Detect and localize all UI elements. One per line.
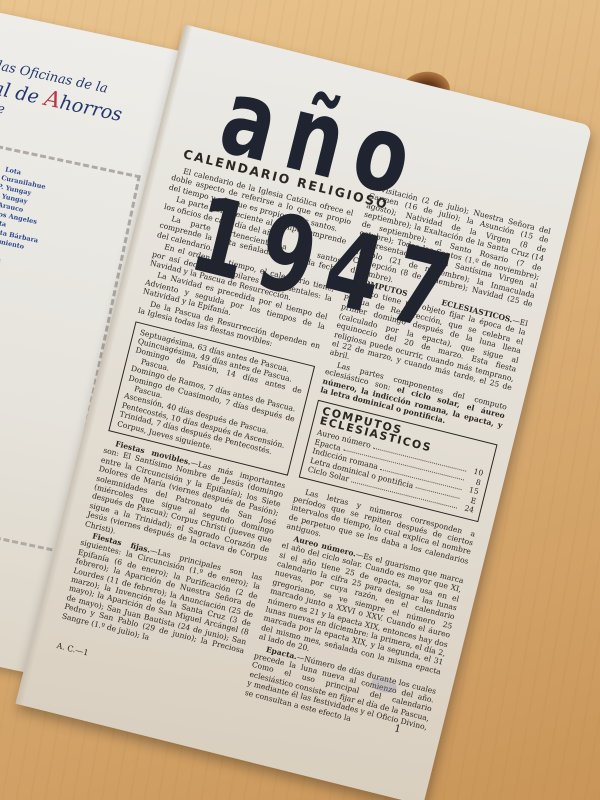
footer-mark: A. C.—1 [56,641,90,658]
left-page-heading: las Oficinas de la al de Ahorros ile [0,59,128,142]
computos-value: 24 [459,503,475,516]
